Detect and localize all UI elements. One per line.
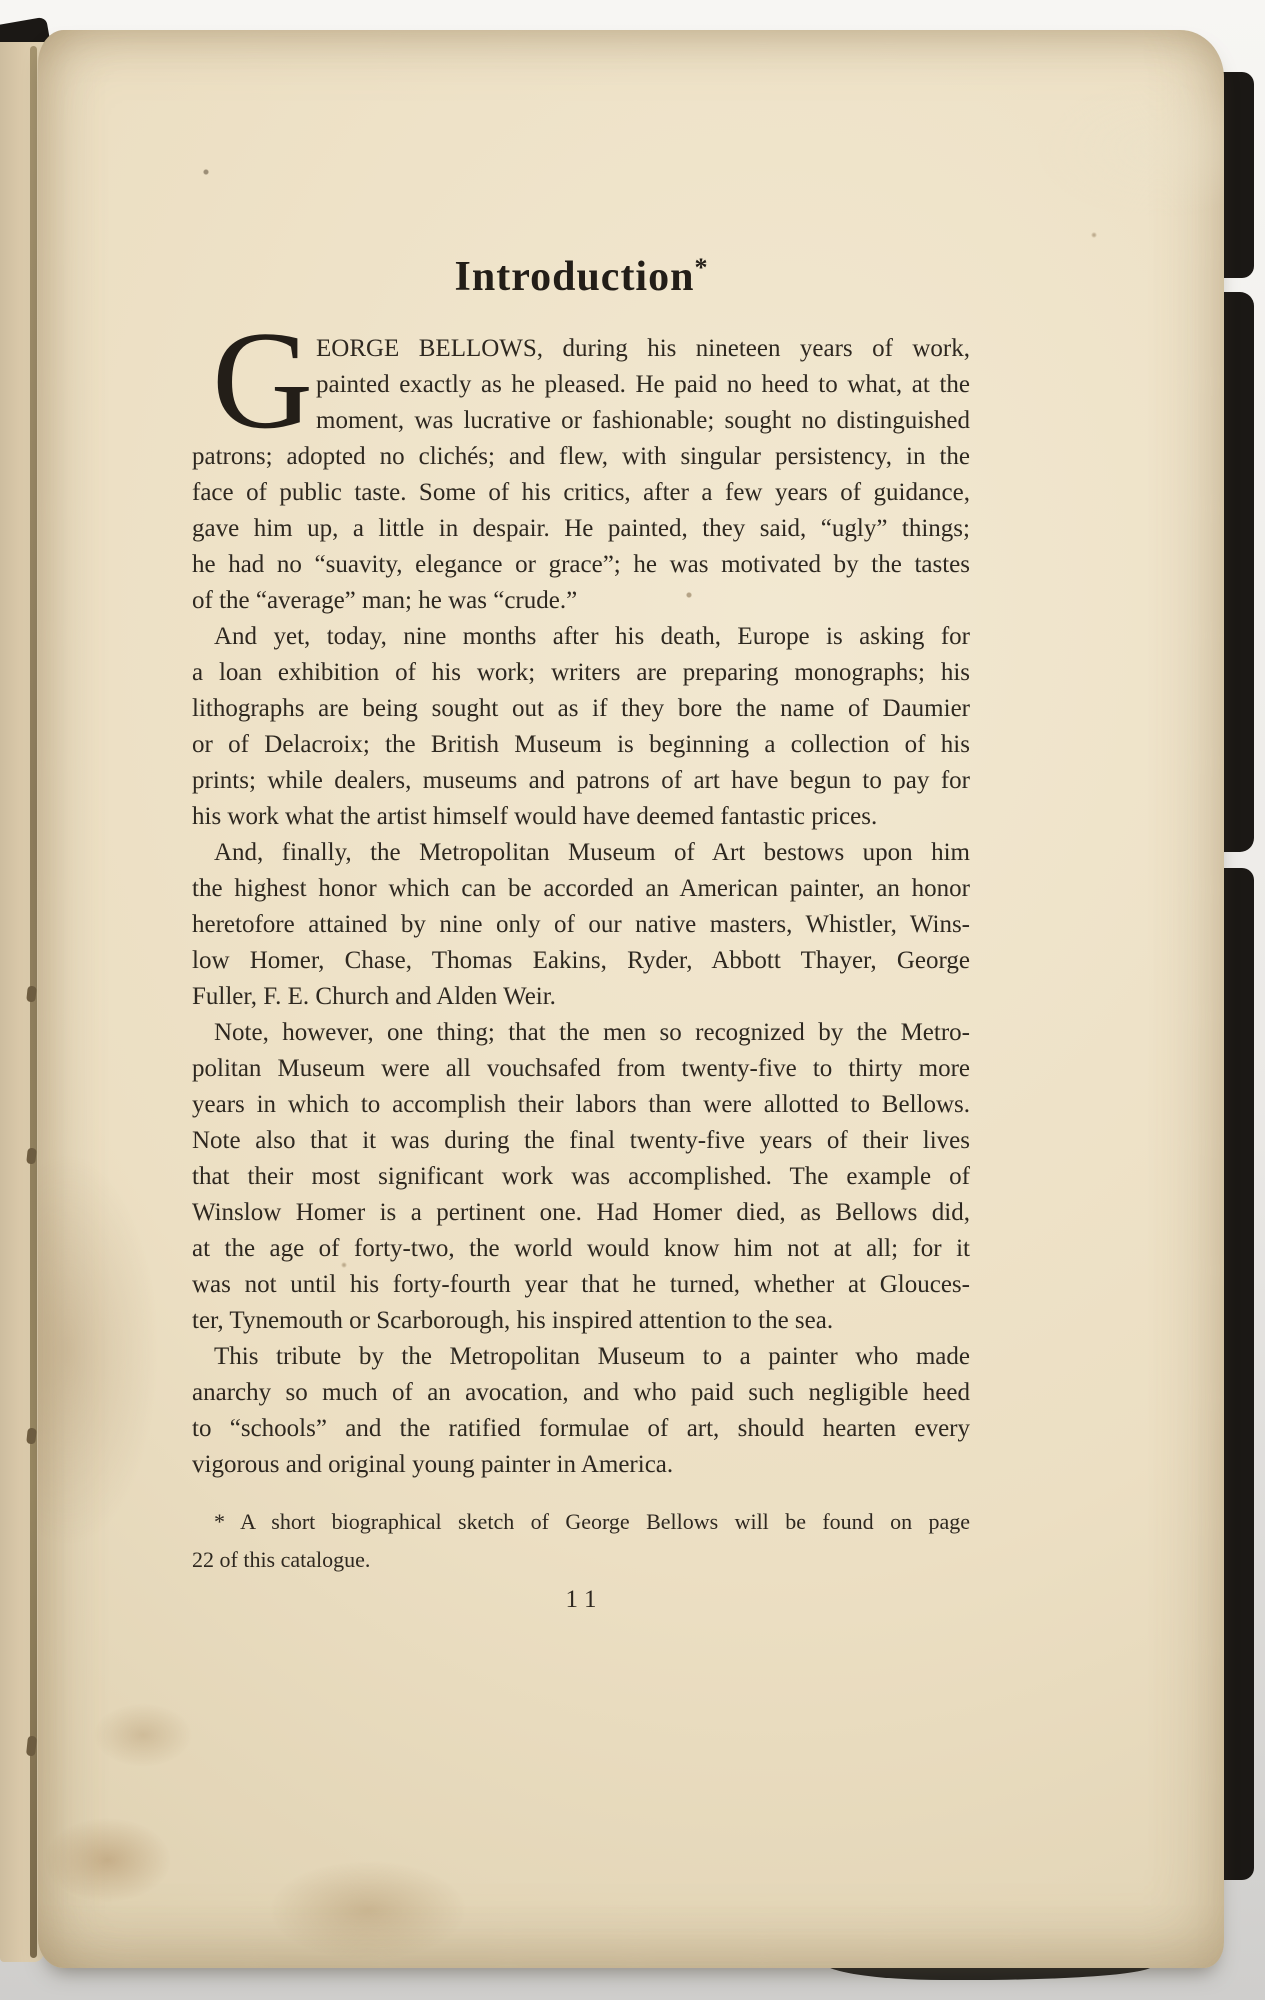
- footnote: * A short biographical sketch of George …: [192, 1503, 970, 1579]
- page-number: 11: [192, 1585, 970, 1615]
- paragraph: And yet, today, nine months after his de…: [192, 619, 970, 835]
- text-line: Note, however, one thing; that the men s…: [192, 1015, 970, 1051]
- text-line: was not until his forty-fourth year that…: [192, 1267, 970, 1303]
- text-line: anarchy so much of an avocation, and who…: [192, 1375, 970, 1411]
- text-line: This tribute by the Metropolitan Museum …: [192, 1339, 970, 1375]
- text-line: patrons; adopted no clichés; and flew, w…: [192, 439, 970, 475]
- text-line: to “schools” and the ratified formulae o…: [192, 1411, 970, 1447]
- page-title-text: Introduction: [455, 254, 695, 300]
- text-line: the highest honor which can be accorded …: [192, 871, 970, 907]
- text-line: gave him up, a little in despair. He pai…: [192, 511, 970, 547]
- paragraph: And, finally, the Metropolitan Museum of…: [192, 835, 970, 1015]
- text-line: his work what the artist himself would h…: [192, 799, 970, 835]
- text-line: Fuller, F. E. Church and Alden Weir.: [192, 979, 970, 1015]
- page-title: Introduction*: [192, 246, 970, 299]
- title-asterisk: *: [694, 253, 707, 282]
- body-text: G EORGE BELLOWS, during his nineteen yea…: [192, 331, 970, 1483]
- text-line: or of Delacroix; the British Museum is b…: [192, 727, 970, 763]
- text-line: he had no “suavity, elegance or grace”; …: [192, 547, 970, 583]
- book-page: Introduction* G EORGE BELLOWS, during hi…: [38, 30, 1224, 1968]
- text-line: lithographs are being sought out as if t…: [192, 691, 970, 727]
- text-line: And yet, today, nine months after his de…: [192, 619, 970, 655]
- text-line: ter, Tynemouth or Scarborough, his inspi…: [192, 1303, 970, 1339]
- text-line: heretofore attained by nine only of our …: [192, 907, 970, 943]
- text-line: politan Museum were all vouchsafed from …: [192, 1051, 970, 1087]
- text-line: years in which to accomplish their labor…: [192, 1087, 970, 1123]
- footnote-line: * A short biographical sketch of George …: [192, 1503, 970, 1541]
- text-line: of the “average” man; he was “crude.”: [192, 583, 970, 619]
- footnote-line: 22 of this catalogue.: [192, 1541, 970, 1579]
- drop-cap: G: [212, 331, 316, 437]
- text-line: prints; while dealers, museums and patro…: [192, 763, 970, 799]
- text-line: a loan exhibition of his work; writers a…: [192, 655, 970, 691]
- text-line: at the age of forty-two, the world would…: [192, 1231, 970, 1267]
- text-line: vigorous and original young painter in A…: [192, 1447, 970, 1483]
- book-photo: Introduction* G EORGE BELLOWS, during hi…: [0, 0, 1265, 2000]
- text-line: Note also that it was during the final t…: [192, 1123, 970, 1159]
- text-line: face of public taste. Some of his critic…: [192, 475, 970, 511]
- paragraph: Note, however, one thing; that the men s…: [192, 1015, 970, 1339]
- text-line: Winslow Homer is a pertinent one. Had Ho…: [192, 1195, 970, 1231]
- text-line: that their most significant work was acc…: [192, 1159, 970, 1195]
- text-block: Introduction* G EORGE BELLOWS, during hi…: [192, 246, 970, 1615]
- paragraph: This tribute by the Metropolitan Museum …: [192, 1339, 970, 1483]
- text-line: low Homer, Chase, Thomas Eakins, Ryder, …: [192, 943, 970, 979]
- text-line: And, finally, the Metropolitan Museum of…: [192, 835, 970, 871]
